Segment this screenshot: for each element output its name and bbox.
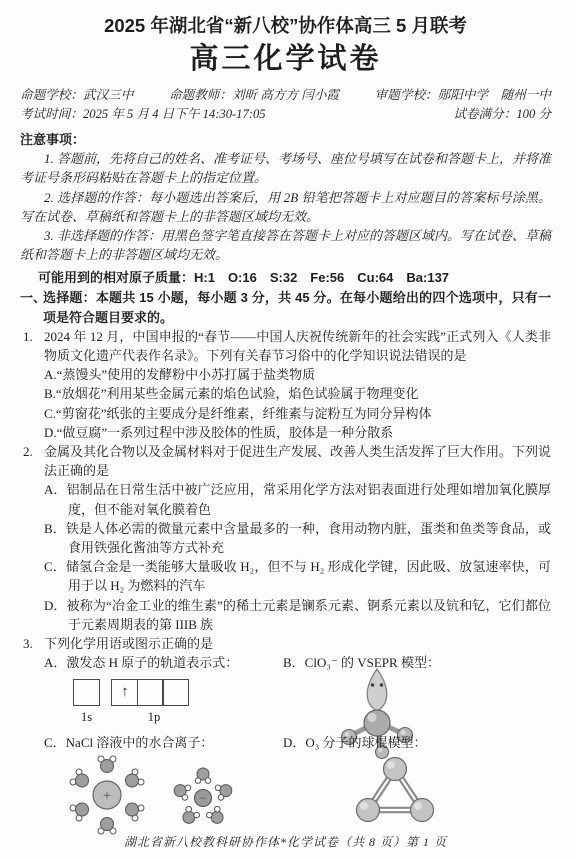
- exam-paper-page: 2025 年湖北省“新八校”协作体高三 5 月联考 高三化学试卷 命题学校：武汉…: [0, 0, 577, 859]
- atomic-masses-line: 可能用到的相对原子质量：H:1 O:16 S:32 Fe:56 Cu:64 Ba…: [20, 268, 551, 288]
- option-b: B.“放烟花”利用某些金属元素的焰色试验，焰色试验属于物理变化: [44, 384, 551, 403]
- electron-up-arrow: ↑: [121, 685, 129, 700]
- setter-teachers: 命题教师：刘昕 高方方 闫小霞: [169, 86, 339, 105]
- orbital-box-1s: [73, 679, 100, 706]
- option-a: A.“蒸馒头”使用的发酵粉中小苏打属于盐类物质: [44, 365, 551, 384]
- option-a: A．铝制品在日常生活中被广泛应用，常采用化学方法对铝表面进行处理如增加氧化膜厚度…: [44, 480, 551, 518]
- question-number: 1.: [23, 327, 33, 346]
- section-title: 选择题：本题共 15 小题，每小题 3 分，共 45 分。在每小题给出的四个选项…: [43, 290, 551, 324]
- orbital-diagram: ↑ 1s 1p: [73, 679, 195, 727]
- note-item-3: 3. 非选择题的作答：用黑色签字笔直接答在答题卡上对应的答题区域内。写在试卷、草…: [20, 226, 551, 264]
- question-3: 3. 下列化学用语或图示正确的是: [20, 634, 551, 653]
- option-c: C．储氢合金是一类能够大量吸收 H₂，但不与 H₂ 形成化学键，因此吸、放氢速率…: [44, 557, 551, 595]
- section-header-choice: 一、 选择题：本题共 15 小题，每小题 3 分，共 45 分。在每小题给出的四…: [20, 288, 551, 326]
- question-1: 1. 2024 年 12 月，中国申报的“春节——中国人庆祝传统新年的社会实践”…: [20, 327, 551, 442]
- hydrated-ions-figure: + −: [55, 753, 245, 839]
- note-item-2: 2. 选择题的作答：每小题选出答案后，用 2B 铅笔把答题卡上对应题目的答案标号…: [20, 188, 551, 226]
- oxygen-atom: [411, 799, 434, 822]
- option-c-label: C．NaCl 溶液中的水合离子：: [44, 733, 213, 752]
- notes-heading: 注意事项：: [20, 130, 551, 149]
- exam-title: 2025 年湖北省“新八校”协作体高三 5 月联考: [20, 14, 551, 38]
- anion-minus-sign: −: [200, 791, 207, 805]
- option-d: D．被称为“冶金工业的维生素”的稀土元素是镧系元素、锕系元素以及钪和钇，它们都位…: [44, 596, 551, 634]
- option-b: B．铁是人体必需的微量元素中含量最多的一种，食用动物内脏，蛋类和鱼类等食品，或食…: [44, 519, 551, 557]
- question-stem: 2024 年 12 月，中国申报的“春节——中国人庆祝传统新年的社会实践”正式列…: [44, 327, 551, 365]
- note-item-1: 1. 答题前，先将自己的姓名、准考证号、考场号、座位号填写在试卷和答题卡上，并将…: [20, 149, 551, 187]
- orbital-label-1p: 1p: [113, 708, 195, 727]
- question-number: 2.: [23, 442, 33, 461]
- option-a-label: A．激发态 H 原子的轨道表示式：: [44, 653, 238, 672]
- exam-time: 考试时间：2025 年 5 月 4 日下午 14:30-17:05: [20, 105, 266, 124]
- option-d: D.“做豆腐”一系列过程中涉及胶体的性质，胶体是一种分散系: [44, 423, 551, 442]
- orbital-box-1p-2: [137, 679, 164, 706]
- setter-school: 命题学校：武汉三中: [20, 86, 133, 105]
- info-row-1: 命题学校：武汉三中 命题教师：刘昕 高方方 闫小霞 审题学校：郧阳中学 随州一中: [20, 86, 551, 105]
- question-stem: 金属及其化合物以及金属材料对于促进生产发展、改善人类生活发挥了巨大作用。下列说法…: [44, 442, 551, 480]
- orbital-box-1p-3: [162, 679, 189, 706]
- question-3-figures: A．激发态 H 原子的轨道表示式： ↑ 1s 1p B．ClO₃⁻ 的 VSEP…: [20, 653, 551, 829]
- section-label: 一、: [20, 288, 46, 307]
- oxygen-atom: [384, 758, 407, 781]
- review-school: 审题学校：郧阳中学 随州一中: [375, 86, 551, 105]
- full-score: 试卷满分：100 分: [453, 105, 551, 124]
- question-2: 2. 金属及其化合物以及金属材料对于促进生产发展、改善人类生活发挥了巨大作用。下…: [20, 442, 551, 634]
- orbital-label-1s: 1s: [73, 708, 100, 727]
- question-number: 3.: [23, 634, 33, 653]
- option-c: C.“剪窗花”纸张的主要成分是纤维素，纤维素与淀粉互为同分异构体: [44, 404, 551, 423]
- orbital-box-1p-1: ↑: [111, 679, 138, 706]
- oxygen-atom: [357, 799, 380, 822]
- o3-ball-stick-figure: [350, 755, 440, 827]
- lone-pair-icon: [367, 669, 387, 711]
- info-row-2: 考试时间：2025 年 5 月 4 日下午 14:30-17:05 试卷满分：1…: [20, 105, 551, 124]
- cation-plus-sign: +: [103, 788, 111, 804]
- option-d-label: D．O₃ 分子的球棍模型：: [283, 733, 427, 752]
- exam-subtitle: 高三化学试卷: [20, 41, 551, 77]
- question-stem: 下列化学用语或图示正确的是: [44, 634, 551, 653]
